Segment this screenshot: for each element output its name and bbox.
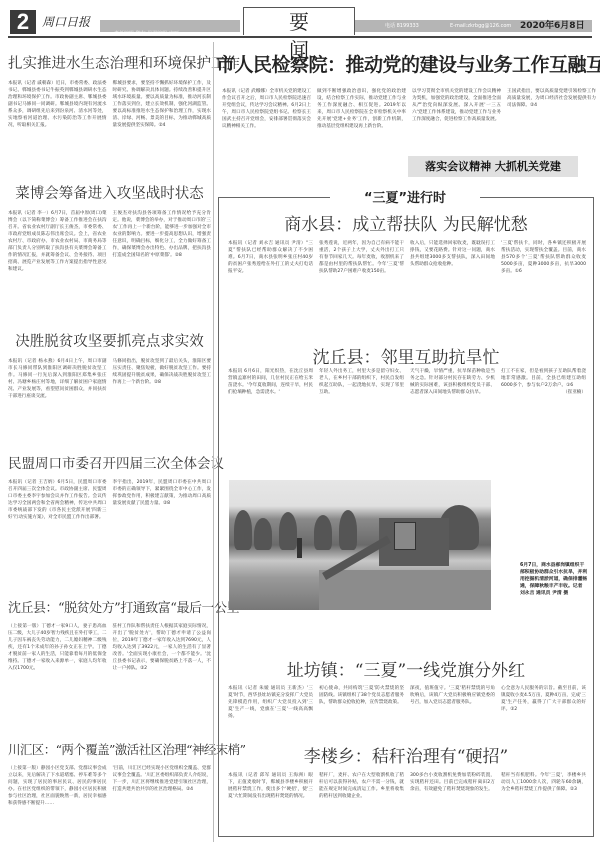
article-column: 张秀莲说，近两年，因为自己有病不能干重活，2个孩子上大学，丈夫外出打工只有春节回… <box>319 240 404 320</box>
article-column: 打工不在家，但是看到孩子互助队帮着浇地非常感激。目前，全县已组建互助组6000多… <box>501 368 586 389</box>
article-vegetable-expo: 菜博会筹备进入攻坚战时状态 本报讯（记者 李一）6月7日，首届中原(周口)菜博会… <box>8 182 211 315</box>
sanxia-section-title: “三夏”进行时 <box>330 187 480 206</box>
photo-tree <box>254 518 272 550</box>
article-body: 本报讯（记者 王吉炳）6月5日，民盟周口市委召开四届三次全体会议。市政协副主席、… <box>8 479 107 591</box>
issue-date: 2020年6月8日 <box>520 20 585 32</box>
phone-number: 电话 8199333 <box>385 20 419 32</box>
article-column: 深夜，值班值守。'三夏'秸秆禁烧的号角吹响后，该镇广大党员积极响应镇党委的号召，… <box>410 685 495 730</box>
article-column: 收入后，只能选择回家收麦，既耽误打工挣钱，又要花路费。针对这一问题，商水县共组建… <box>410 240 495 320</box>
masthead: 2 周口日报 责任编辑 魏东 见習编辑 宋丽 要闻 电话 8199333 E-m… <box>0 0 600 40</box>
article-headline: 沈丘县：“脱贫处方”打通致富“最后一公里” <box>8 597 211 616</box>
article-column: 本报讯（记者 刘永吉 通讯员 尹清）“三夏”帮扶队已经帮助群众解决了不少困难。6… <box>228 240 313 320</box>
photo-tree <box>314 515 332 550</box>
article-body: 本报讯（记者 戚朝森）近日，市委常委、政法委书记、郸城县委书记牛振英到郸城县调研… <box>8 80 107 160</box>
article-body: （上接第一版）丁德才一家9口人，妻子患高血压二级，大儿子40岁智力残疾且在外打零… <box>8 623 107 728</box>
photo-person <box>297 538 302 558</box>
masthead-bar-right: 电话 8199333 E-mail:zkrbgg@126.com 2020年6月… <box>355 20 592 32</box>
article-headline-zhifang: 址坊镇：“三夏”一线党旗分外红 <box>218 656 594 681</box>
article-column: 秸秆厂，麦秆、农户在大型收割机收了秸秆后可以获得补贴，农户不需一分钱，就能在规定… <box>319 772 404 834</box>
article-column: 初心使命，共同构筑'三夏'防火禁烧的坚固防线。该镇组织了38个党员志愿者服务队，… <box>319 685 404 730</box>
article-column: 本报讯（记者 邱军 通讯员 王海洲）眼下，正值麦收时节，郸城县李楼乡积极开展秸秆… <box>228 772 313 834</box>
article-column: 本报讯（记者 朱媛 通讯员 王新杰）'三夏'时节，西华县址坊镇充分发挥广大党员先… <box>228 685 313 730</box>
column-divider <box>213 42 214 842</box>
article-headline: 扎实推进水生态治理和环境保护工作 <box>8 52 211 73</box>
article-body: 郸城县要求，要坚持不懈抓好环境保护工作，及时研究、协调解决具体问题。持续改善和提… <box>113 80 212 160</box>
article-column: '三夏'帮扶卡，同时，各乡镇还积极开展帮扶活动，实现帮扶全覆盖。目前，商水县57… <box>501 240 586 320</box>
photo-excavator-cab <box>394 522 416 550</box>
article-zhifang: 本报讯（记者 朱媛 通讯员 王新杰）'三夏'时节，西华县址坊镇充分发挥广大党员先… <box>228 685 586 730</box>
masthead-bar-left: 责任编辑 魏东 见習编辑 宋丽 <box>100 20 240 32</box>
article-body: 李宇指出，2019年，民盟周口市委在中共周口市委的正确领导下，紧紧围绕全市中心工… <box>113 479 212 591</box>
main-article-subhead: 落实会议精神 大抓机关党建 <box>408 156 578 177</box>
article-column: 300多台小麦收割机免费加装粉碎装置，实现秸秆还田。目前已完成秸秆离田2万余亩，… <box>410 772 495 834</box>
article-headline-shangshui: 商水县：成立帮扶队 为民解忧愁 <box>218 210 594 235</box>
photo-caption: 6月7日，商水县郝岗镇组织干部积极协助群众引水抗旱，并利用挖掘机清淤河道，确保排… <box>520 562 588 597</box>
article-headline-liloun: 李楼乡：秸秆治理有“硬招” <box>218 742 594 767</box>
news-photo-excavator <box>229 480 491 610</box>
article-headline: 民盟周口市委召开四届三次全体会议 <box>8 452 211 472</box>
article-body: （上接第一版）静园小区党支部、党群议事会成立以来，先后解决了下水道堵塞、停车难等… <box>8 765 107 847</box>
masthead-rule <box>8 36 592 38</box>
photo-tree <box>339 510 357 550</box>
page-number: 2 <box>10 10 36 34</box>
article-shenqiu-poverty: 沈丘县：“脱贫处方”打通致富“最后一公里” （上接第一版）丁德才一家9口人，妻子… <box>8 597 211 728</box>
article-body: 驻村工作队和帮扶责任人根据其家庭实际情况，开出了'脱贫处方'，帮助丁德才申请了公… <box>113 623 212 728</box>
article-body: 本报讯（记者 李一）6月7日，首届中原(周口)菜博会（以下简称菜博会）筹备工作推… <box>8 210 107 315</box>
article-lilou: 本报讯（记者 邱军 通讯员 王海洲）眼下，正值麦收时节，郸城县李楼乡积极开展秸秆… <box>228 772 586 834</box>
article-column: 本报讯 6月6日，阳光炽热，在沈丘县周营镇孟寨村的田间，几位村民正在给玉米苗浇水… <box>228 368 313 468</box>
article-column: 秸秆当有机肥料。今年'三夏'，李楼乡共动员人工1000余人次，四轮车60余辆，为… <box>501 772 586 834</box>
article-body: 王俊杰对扶沟县各项筹备工作情况给予充分肯定。他说，菜博会的举办，对于推动周口市的… <box>113 210 212 315</box>
article-body: 本报讯（记者 杨永燕）6月4日上午，周口市副市长马修同带队到淮阳区调研决胜脱贫攻… <box>8 358 107 446</box>
article-headline-shenqiu: 沈丘县：邻里互助抗旱忙 <box>218 343 594 368</box>
article-byline: （崔亚楠） <box>501 389 586 396</box>
article-column: 天气干燥，旱情严重，抗旱保苗种收是当务之急。针对部分村民存在缺劳力、少机械的实际… <box>410 368 495 468</box>
article-chuanhui-community: 川汇区：“两个覆盖”激活社区治理“神经末梢” （上接第一版）静园小区党支部、党群… <box>8 740 211 847</box>
email-address: E-mail:zkrbgg@126.com <box>450 20 511 32</box>
article-headline: 川汇区：“两个覆盖”激活社区治理“神经末梢” <box>8 740 211 758</box>
article-column: 以学习贯彻全市机关党的建设工作会议精神为契机，加强党的政治建设，全面推进全面从严… <box>412 88 501 150</box>
article-headline: 决胜脱贫攻坚要抓亮点求实效 <box>8 330 211 351</box>
article-column: 做到不断增强政治意识，强化党的政治建设，结合检察工作实际，推动党建工作与业务工作… <box>317 88 406 188</box>
article-poverty-alleviation: 决胜脱贫攻坚要抓亮点求实效 本报讯（记者 杨永燕）6月4日上午，周口市副市长马修… <box>8 330 211 446</box>
article-water-ecology: 扎实推进水生态治理和环境保护工作 本报讯（记者 戚朝森）近日，市委常委、政法委书… <box>8 52 211 160</box>
photo-tree <box>279 512 297 550</box>
main-article-headline: 市人民检察院：推动党的建设与业务工作互融互促 <box>216 50 596 77</box>
article-column: 心全意为人民服务的宗旨。截至目前，该镇夏收小麦4.5万亩，夏种4万亩，完成'三夏… <box>501 685 586 730</box>
photo-water-channel <box>319 570 491 610</box>
article-headline: 菜博会筹备进入攻坚战时状态 <box>8 182 211 203</box>
article-shenqiu: 本报讯 6月6日，阳光炽热，在沈丘县周营镇孟寨村的田间，几位村民正在给玉米苗浇水… <box>228 368 586 468</box>
article-body: 马修同指出，脱贫攻坚到了最后关头，淮阳区要压实责任、聚焦短板，做好脱贫攻坚工作。… <box>113 358 212 446</box>
article-column: 年轻人外出务工，村里大多是留守妇女、老人，在乡村干部的组织下，村民自发组织起互助… <box>319 368 404 468</box>
paper-name-logo: 周口日报 <box>42 13 90 30</box>
photo-tree <box>234 510 252 550</box>
article-shangshui: 本报讯（记者 刘永吉 通讯员 尹清）“三夏”帮扶队已经帮助群众解决了不少困难。6… <box>228 240 586 320</box>
article-democratic-league: 民盟周口市委召开四届三次全体会议 本报讯（记者 王吉炳）6月5日，民盟周口市委召… <box>8 452 211 591</box>
section-title: 要闻 <box>243 7 355 35</box>
article-column: 本报讯（记者 武娜娜）全市机关党的建设工作会议召开之后，周口市人民检察院迅速召开… <box>222 88 311 188</box>
article-column: 王国武指出，要以高质量党建引领检察工作高质量发展，为周口经济社会发展提供有力司法… <box>507 88 596 150</box>
article-body: '目前，川汇区已经实现小区党组织全覆盖、党群议事会全覆盖。'川汇区委组织部负责人… <box>113 765 212 847</box>
